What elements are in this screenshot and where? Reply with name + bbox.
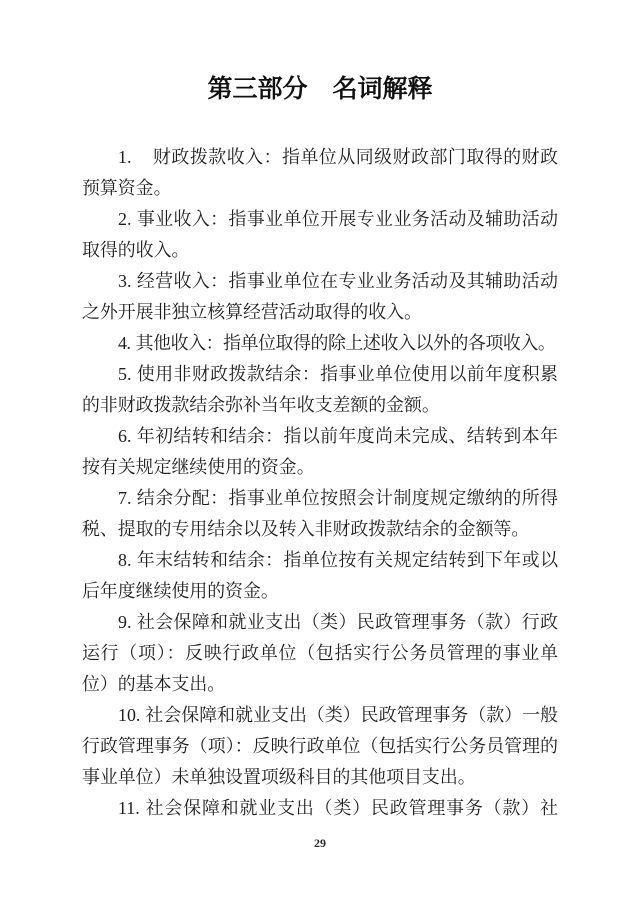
definition-item-8: 8.年末结转和结余：指单位按有关规定结转到下年或以后年度继续使用的资金。 [82, 545, 558, 607]
definition-item-4: 4.其他收入：指单位取得的除上述收入以外的各项收入。 [82, 328, 558, 359]
definition-number: 6. [118, 426, 131, 446]
definition-text: 经营收入：指事业单位在专业业务活动及其辅助活动之外开展非独立核算经营活动取得的收… [82, 271, 558, 322]
page-title: 第三部分 名词解释 [0, 0, 640, 108]
document-page: 第三部分 名词解释 1.财政拨款收入：指单位从同级财政部门取得的财政预算资金。 … [0, 0, 640, 906]
definition-text: 社会保障和就业支出（类）民政管理事务（款）行政运行（项）：反映行政单位（包括实行… [82, 612, 558, 694]
definition-item-5: 5.使用非财政拨款结余：指事业单位使用以前年度积累的非财政拨款结余弥补当年收支差… [82, 359, 558, 421]
definition-text: 使用非财政拨款结余：指事业单位使用以前年度积累的非财政拨款结余弥补当年收支差额的… [82, 364, 558, 415]
definitions-list: 1.财政拨款收入：指单位从同级财政部门取得的财政预算资金。 2.事业收入：指事业… [82, 142, 558, 824]
definition-item-7: 7.结余分配：指事业单位按照会计制度规定缴纳的所得税、提取的专用结余以及转入非财… [82, 483, 558, 545]
definition-item-6: 6.年初结转和结余：指以前年度尚未完成、结转到本年按有关规定继续使用的资金。 [82, 421, 558, 483]
definition-number: 2. [118, 209, 131, 229]
definition-text: 社会保障和就业支出（类）民政管理事务（款）社 [145, 798, 558, 818]
definition-number: 5. [118, 364, 131, 384]
definition-item-1: 1.财政拨款收入：指单位从同级财政部门取得的财政预算资金。 [82, 142, 558, 204]
definition-number: 7. [118, 488, 131, 508]
page-number: 29 [0, 836, 640, 851]
definition-number: 10. [118, 705, 140, 725]
definition-item-9: 9.社会保障和就业支出（类）民政管理事务（款）行政运行（项）：反映行政单位（包括… [82, 607, 558, 700]
definition-item-10: 10.社会保障和就业支出（类）民政管理事务（款）一般行政管理事务（项）：反映行政… [82, 700, 558, 793]
definition-text: 事业收入：指事业单位开展专业业务活动及辅助活动取得的收入。 [82, 209, 558, 260]
definition-text: 年末结转和结余：指单位按有关规定结转到下年或以后年度继续使用的资金。 [82, 550, 558, 601]
definition-item-3: 3.经营收入：指事业单位在专业业务活动及其辅助活动之外开展非独立核算经营活动取得… [82, 266, 558, 328]
definition-number: 1. [118, 147, 131, 167]
definition-number: 11. [118, 798, 140, 818]
definition-number: 8. [118, 550, 131, 570]
definition-text: 结余分配：指事业单位按照会计制度规定缴纳的所得税、提取的专用结余以及转入非财政拨… [82, 488, 558, 539]
definition-text: 财政拨款收入：指单位从同级财政部门取得的财政预算资金。 [82, 147, 558, 198]
definition-number: 9. [118, 612, 131, 632]
definition-item-11: 11.社会保障和就业支出（类）民政管理事务（款）社 [82, 793, 558, 824]
definition-text: 社会保障和就业支出（类）民政管理事务（款）一般行政管理事务（项）：反映行政单位（… [82, 705, 558, 787]
definition-text: 年初结转和结余：指以前年度尚未完成、结转到本年按有关规定继续使用的资金。 [82, 426, 558, 477]
definition-number: 4. [118, 333, 131, 353]
definition-text: 其他收入：指单位取得的除上述收入以外的各项收入。 [136, 333, 556, 353]
definition-item-2: 2.事业收入：指事业单位开展专业业务活动及辅助活动取得的收入。 [82, 204, 558, 266]
definition-number: 3. [118, 271, 131, 291]
